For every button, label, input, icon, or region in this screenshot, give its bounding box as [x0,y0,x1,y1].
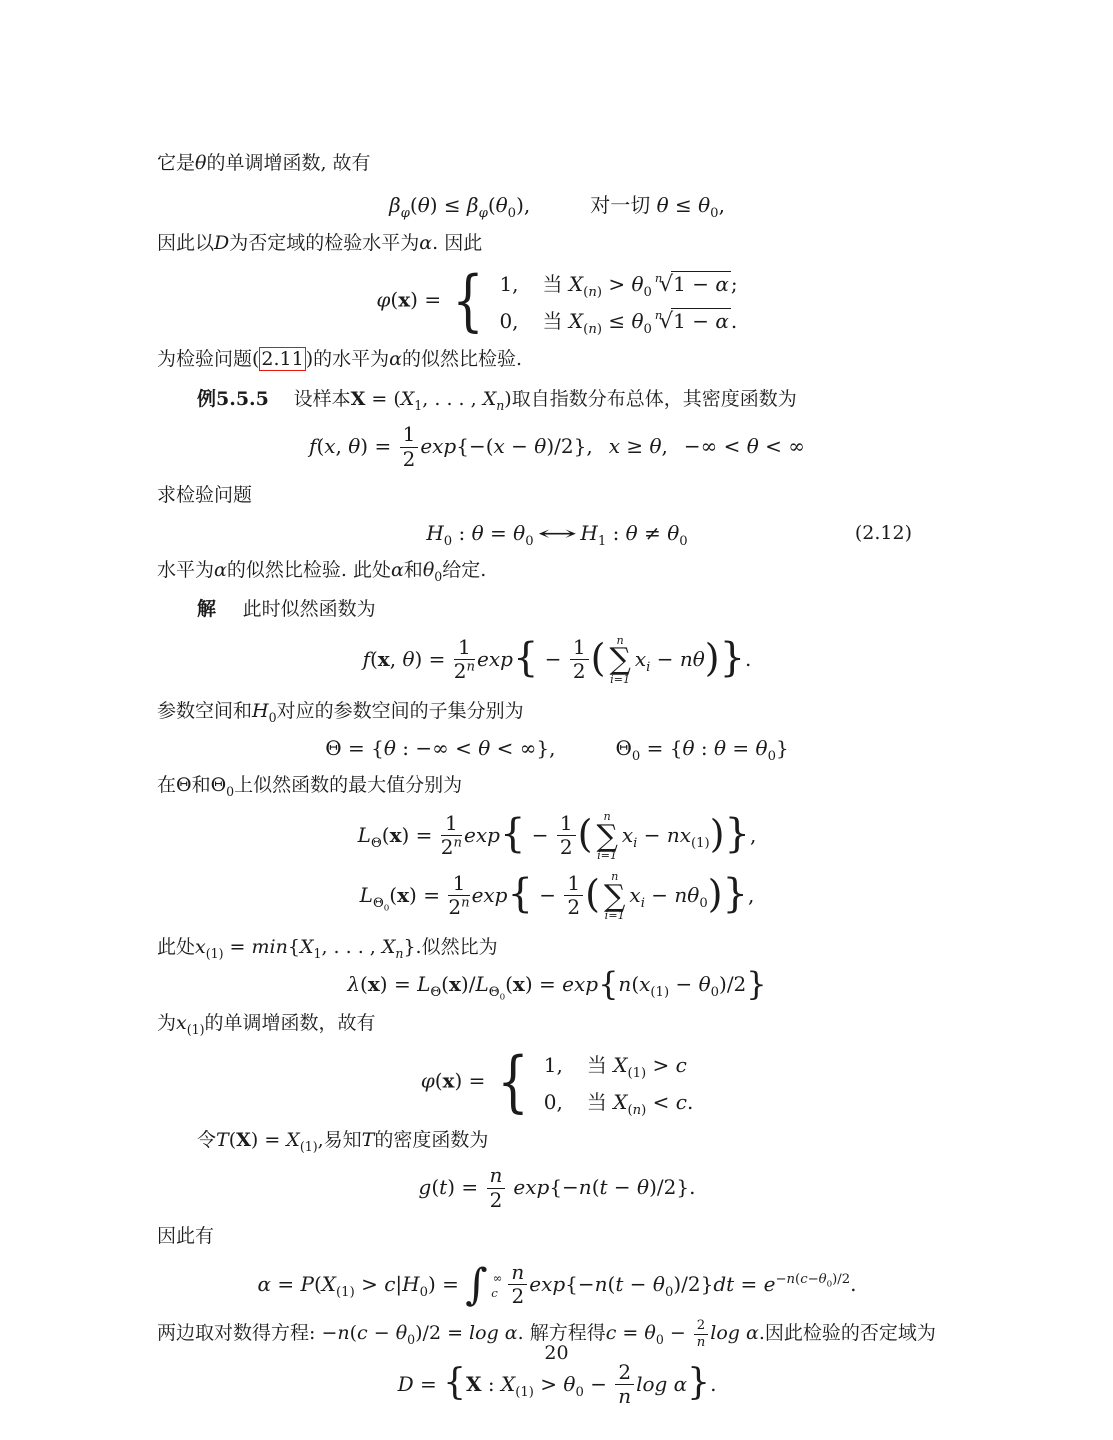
math-text: ( [314,1272,322,1296]
math-var: X [300,936,314,958]
math-var: exp [513,1175,549,1199]
big-delimiter: } [725,811,750,857]
formula: φ(x) = {1,当 X(n) > θ0n√1 − α;0,当 X(n) ≤ … [376,268,737,334]
math-var: X [569,272,583,296]
math-text: − [533,883,562,907]
math-text: ( [389,883,397,907]
math-var: θ [699,972,711,996]
math-text: 两边取对数得方程: − [157,1322,337,1344]
math-var: θ [819,1272,827,1287]
math-text: .因此检验的否定域为 [759,1322,936,1344]
subscript: 0 [699,896,707,911]
big-delimiter: { [500,811,525,857]
subscript: (1) [336,1285,355,1300]
math-text: . [850,1272,856,1296]
case-row: 1,当 X(n) > θ0n√1 − α; [499,268,737,297]
cases-group: {1,当 X(n) > θ0n√1 − α;0,当 X(n) ≤ θ0n√1 −… [447,268,737,334]
numerator: 2 [615,1362,634,1386]
denominator: 2n [454,660,475,683]
denominator: 2 [487,1189,506,1212]
bold-label: 解 [197,598,216,620]
math-text: 0 [269,710,277,725]
math-text: ( [370,647,378,671]
denominator: 2 [400,448,419,471]
math-text: ( [488,193,496,217]
numerator: 1 [557,813,576,837]
para-max-values: 在Θ和Θ0上似然函数的最大值分别为 [157,771,957,800]
math-var: X [613,1090,627,1114]
math-bold-var: x [513,972,525,996]
integral-limits: ∞c [487,1271,503,1301]
math-var: φ [376,288,390,312]
math-var: X [501,1372,515,1396]
math-var: c [676,1090,687,1114]
integral-upper-limit: ∞ [493,1271,503,1285]
math-text: 当 [543,272,569,296]
math-text: Θ [489,985,500,1000]
sigma-icon: ∑ [609,646,630,674]
formula: λ(x) = LΘ(x)/LΘ0(x) = exp{n(x(1) − θ0)/2… [347,972,766,998]
subscript: (1) [691,836,710,851]
math-bold-var: x [398,288,410,312]
math-text: 2 [573,659,586,683]
math-text: 0 [699,896,707,911]
math-var: −n [776,1272,796,1287]
math-text: = [224,936,252,958]
math-text: 它是 [157,152,195,174]
para-rejection-level: 因此以D为否定域的检验水平为α. 因此 [157,229,957,258]
numerator: n [487,1165,506,1189]
math-var: nθ [680,647,705,671]
math-text: : −∞ < [396,736,478,760]
math-text: ( [382,823,390,847]
math-text: > [646,1053,675,1077]
math-text: , . . . , [422,388,482,410]
math-text: ( [441,972,449,996]
math-var: θ [631,309,643,333]
para-example-5-5-5: 例5.5.5设样本X = (X1, . . . , Xn)取自指数分布总体，其密… [157,385,957,414]
math-var: X [569,309,583,333]
math-var: exp [420,434,456,458]
math-text: 0 [679,534,687,549]
math-text: , . . . , [321,936,381,958]
math-var: θ [478,736,490,760]
subscript: 0 [444,534,452,549]
math-text: 和 [404,559,423,581]
big-delimiter: ) [708,872,723,916]
eq-ref-link[interactable]: 2.11 [259,347,305,371]
bold-label: 例5.5.5 [197,388,269,410]
math-text: )/2 = [415,1322,469,1344]
math-text: − [645,883,674,907]
big-delimiter: { [507,871,532,917]
big-delimiter: ( [585,872,600,916]
math-var: X [382,936,396,958]
math-text: − [623,1272,652,1296]
numerator: 1 [448,873,469,897]
subscript: 0 [226,784,234,799]
math-var: x [639,972,650,996]
math-text: (1) [187,1022,205,1037]
math-text: : [452,521,471,545]
math-var: α [214,559,227,581]
fraction: 12 [570,637,589,683]
math-text: )/2 [719,972,746,996]
math-var: θ [756,736,768,760]
math-text: . [731,309,737,333]
math-text: = [271,1272,300,1296]
math-text: ( [631,972,639,996]
page-content: 它是θ的单调增函数, 故有βφ(θ) ≤ βφ(θ0),对一切 θ ≤ θ0,因… [157,138,957,1417]
math-var: T [216,1129,229,1151]
math-text: ), [516,193,530,217]
math-text: )/ [461,972,476,996]
math-text: (1) [691,836,710,851]
math-text: 2 [403,447,416,471]
eq-hypotheses-2-12: H0 : θ = θ0↔H1 : θ ≠ θ0(2.12) [157,521,957,545]
math-text: > [534,1372,563,1396]
math-text: ( [435,1068,443,1092]
math-text: 此处 [157,936,195,958]
formula: LΘ0(x) = 12nexp{ − 12(n∑i=1xi − nθ0)}, [360,871,755,922]
math-var: θ [644,1322,655,1344]
math-var: n [633,1103,642,1118]
math-text: )/2}, [546,434,592,458]
math-var: n [337,1322,349,1344]
eq-theta-sets: Θ = {θ : −∞ < θ < ∞},Θ0 = {θ : θ = θ0} [157,736,957,760]
math-var: α [391,559,404,581]
subscript: Θ [371,836,382,851]
big-delimiter: } [720,635,745,681]
math-text: 0 [644,285,652,300]
math-text: − [637,823,666,847]
eq-beta-inequality: βφ(θ) ≤ βφ(θ0),对一切 θ ≤ θ0, [157,189,957,218]
subscript: (n) [583,285,602,300]
subscript: Θ [430,985,441,1000]
math-text: − [608,1175,637,1199]
math-var: x [622,823,633,847]
subscript: 0 [644,285,652,300]
math-text: 0 [226,784,234,799]
subscript: (1) [187,1022,205,1037]
para-param-space: 参数空间和H0对应的参数空间的子集分别为 [157,697,957,726]
subscript: Θ0 [373,896,389,911]
math-text: 1 [445,811,458,835]
subscript: 0 [508,206,516,221]
superscript: n [454,836,463,851]
math-text: ( [431,1175,439,1199]
math-text: − [664,1322,692,1344]
math-text: ( [410,193,418,217]
math-var: T [362,1129,375,1151]
math-text: . [710,1372,716,1396]
para-define-T: 令T(X) = X(1),易知T的密度函数为 [157,1126,957,1155]
left-brace-icon: { [453,271,485,330]
math-var: θ [563,1372,575,1396]
math-bold-var: x [397,883,409,907]
math-var: λ [347,972,360,996]
math-var: f [363,647,370,671]
math-var: x [195,936,206,958]
math-var: φ [401,206,410,221]
math-text: . [687,1090,693,1114]
math-text: 1 [567,871,580,895]
math-text: ≠ [638,521,667,545]
math-text: 的单调增函数，故有 [205,1012,376,1034]
math-var: θ [626,521,638,545]
math-var: X [483,388,497,410]
big-delimiter: ) [710,812,725,856]
subscript: (1) [515,1385,534,1400]
math-var: c [357,1322,368,1344]
left-brace-icon: { [497,1052,529,1111]
math-text: 为检验问题( [157,348,259,370]
fraction: 12n [448,873,469,919]
subscript: Θ0 [489,985,505,1000]
eq-lambda-ratio: λ(x) = LΘ(x)/LΘ0(x) = exp{n(x(1) − θ0)/2… [157,972,957,998]
math-text: 0 [420,1285,428,1300]
subscript: 0 [644,322,652,337]
eq-L-theta: LΘ(x) = 12nexp{ − 12(n∑i=1xi − nx(1))}, [157,811,957,862]
math-var: log α [710,1322,759,1344]
formula: f(x, θ) = 12exp{−(x − θ)/2},x ≥ θ,−∞ < θ… [309,424,805,470]
math-var: exp [562,972,598,996]
subscript: 0 [710,206,718,221]
math-var: α [389,348,402,370]
integral-icon: ∫ [465,1267,487,1304]
math-text: 2 [441,835,454,859]
math-text: 2 [567,895,580,919]
math-text: (1) [650,985,669,1000]
math-text: Θ = { [325,736,384,760]
big-delimiter: } [723,871,748,917]
math-var: log α [636,1372,687,1396]
math-text: = [414,1372,443,1396]
math-var: L [358,823,371,847]
math-text: 因此有 [157,1225,214,1247]
math-text: 1 [573,635,586,659]
math-bold-var: x [368,972,380,996]
para-monotone-x1: 为x(1)的单调增函数，故有 [157,1009,957,1038]
math-text: Θ [373,896,384,911]
math-text: 当 [587,1090,613,1114]
math-var: min [252,936,288,958]
math-text: < ∞}, [490,736,555,760]
subscript: 0 [575,1385,583,1400]
math-text: > [602,272,631,296]
math-var: X [401,388,415,410]
formula: D = {X : X(1) > θ0 − 2nlog α}. [398,1362,717,1408]
math-text: ) = [380,972,417,996]
math-var: θ [667,521,679,545]
math-text: 1, [544,1053,563,1077]
math-var: θ [534,434,546,458]
sum-lower-limit: i=1 [610,674,630,686]
math-text: 为 [157,1012,176,1034]
math-var: φ [479,206,488,221]
formula: f(x, θ) = 12nexp{ − 12(n∑i=1xi − nθ)}. [363,635,752,686]
big-delimiter: { [443,1362,466,1403]
math-var: θ [747,434,759,458]
cases-group: {1,当 X(1) > c0,当 X(n) < c. [492,1049,694,1115]
math-text: 0 [525,534,533,549]
numerator: 1 [564,873,583,897]
para-therefore: 因此有 [157,1222,957,1251]
math-text: 1 [560,811,573,835]
math-text: ; [731,272,738,296]
math-text: ) = [428,1272,465,1296]
sum-lower-limit: i=1 [605,910,625,922]
math-text: 的单调增函数, 故有 [206,152,370,174]
math-var: n [595,1272,608,1296]
math-text: 2 [697,1318,705,1333]
math-var: log α [469,1322,518,1344]
math-var: L [475,972,488,996]
math-var: α [715,272,729,296]
math-text: ) = [447,1175,484,1199]
math-var: X [613,1053,627,1077]
math-text: − [525,823,554,847]
math-text: 此时似然函数为 [243,598,376,620]
math-text: 0 [508,206,516,221]
math-var: β [467,193,479,217]
subscript: (1) [627,1066,646,1081]
math-var: H [402,1272,419,1296]
math-text: : [482,1372,501,1396]
math-text: 2 [454,659,467,683]
math-var: θ [384,736,396,760]
math-text: 1, [499,272,518,296]
math-var: x [494,434,505,458]
math-text: ) = [415,647,452,671]
formula: α = P(X(1) > c|H0) = ∫∞cn2exp{−n(t − θ0)… [258,1262,857,1308]
math-text: . [745,647,751,671]
math-text: {− [549,1175,578,1199]
math-var: θ [714,736,726,760]
math-text: − [505,434,534,458]
math-var: θ [496,193,508,217]
denominator: 2 [570,660,589,683]
math-var: α [258,1272,272,1296]
math-var: n [579,1175,592,1199]
math-var: θ [649,434,661,458]
case-row: 0,当 X(n) < c. [544,1086,694,1115]
math-text: 水平为 [157,559,214,581]
math-var: n [467,659,476,674]
math-text: ( [360,972,368,996]
math-text: ≤ [669,193,698,217]
math-var: θ [631,272,643,296]
formula: H0 : θ = θ0↔H1 : θ ≠ θ0 [426,521,687,545]
math-text: 因此以 [157,232,214,254]
math-var: x [609,434,620,458]
fraction: 12 [400,424,419,470]
big-delimiter: ) [705,636,720,680]
math-var: t [600,1175,608,1199]
fraction: 2n [615,1362,634,1408]
para-min-definition: 此处x(1) = min{X1, . . . , Xn}.似然比为 [157,933,957,962]
sigma-icon: ∑ [604,883,625,911]
subscript: 0 [679,534,687,549]
math-var: n [454,836,463,851]
math-text: 为否定域的检验水平为 [229,232,419,254]
page-number: 20 [0,1342,1113,1364]
big-delimiter: } [746,965,766,1003]
math-text: (1) [627,1066,646,1081]
math-text: < ∞ [759,434,805,458]
math-var: θ [657,193,669,217]
math-text: 令 [197,1129,216,1151]
math-var: θ [472,521,484,545]
cases-rows: 1,当 X(1) > c0,当 X(n) < c. [544,1049,694,1115]
math-var: exp [529,1272,565,1296]
math-var: X [322,1272,336,1296]
math-text: 0, [499,309,518,333]
denominator: 2 [564,896,583,919]
fraction: 12n [441,813,462,859]
math-var: θ [683,736,695,760]
superscript: −n(c−θ0)/2 [776,1272,851,1287]
math-text: = [616,1322,644,1344]
math-var: θ [423,559,434,581]
big-delimiter: } [687,1362,710,1403]
nth-root: n√1 − α [655,309,731,333]
math-text: 对应的参数空间的子集分别为 [277,700,524,722]
math-text: )取自指数分布总体，其密度函数为 [504,388,796,410]
math-text: ,易知 [318,1129,362,1151]
math-var: θ [195,152,206,174]
math-text: ) = [525,972,562,996]
math-bold-var: x [443,1068,455,1092]
math-text: 当 [587,1053,613,1077]
math-text: {− [565,1272,594,1296]
math-text: )的水平为 [306,348,389,370]
math-text: ) ≤ [430,193,467,217]
math-var: x [629,883,640,907]
fraction: n2 [487,1165,506,1211]
para-seek-test: 求检验问题 [157,481,957,510]
math-text: ( [592,1175,600,1199]
math-text: { [288,936,300,958]
math-var: X [286,1129,300,1151]
radicand: 1 − α [671,271,731,296]
math-var: g [419,1175,432,1199]
math-text: ) = [454,1068,491,1092]
big-delimiter: ( [578,812,593,856]
math-text: 当 [543,309,569,333]
math-var: θ [653,1272,665,1296]
math-text: (1) [515,1385,534,1400]
math-text: 0 [711,985,719,1000]
math-var: n [618,1384,631,1408]
eq-phi-cases-max: φ(x) = {1,当 X(n) > θ0n√1 − α;0,当 X(n) ≤ … [157,268,957,334]
integral-symbol: ∫∞c [465,1267,502,1304]
math-var: c [384,1272,395,1296]
math-var: α [715,309,729,333]
math-text: 1 − [673,309,715,333]
math-text: 对一切 [590,193,656,217]
math-text: 2 [560,835,573,859]
superscript: n [467,659,476,674]
math-var: θ [402,647,414,671]
math-text: , [750,823,756,847]
case-row: 1,当 X(1) > c [544,1049,694,1078]
math-var: φ [421,1068,435,1092]
math-text: 0 [575,1385,583,1400]
eq-g-density: g(t) = n2exp{−n(t − θ)/2}. [157,1165,957,1211]
math-bold-var: X [466,1372,482,1396]
math-var: n [511,1260,524,1284]
